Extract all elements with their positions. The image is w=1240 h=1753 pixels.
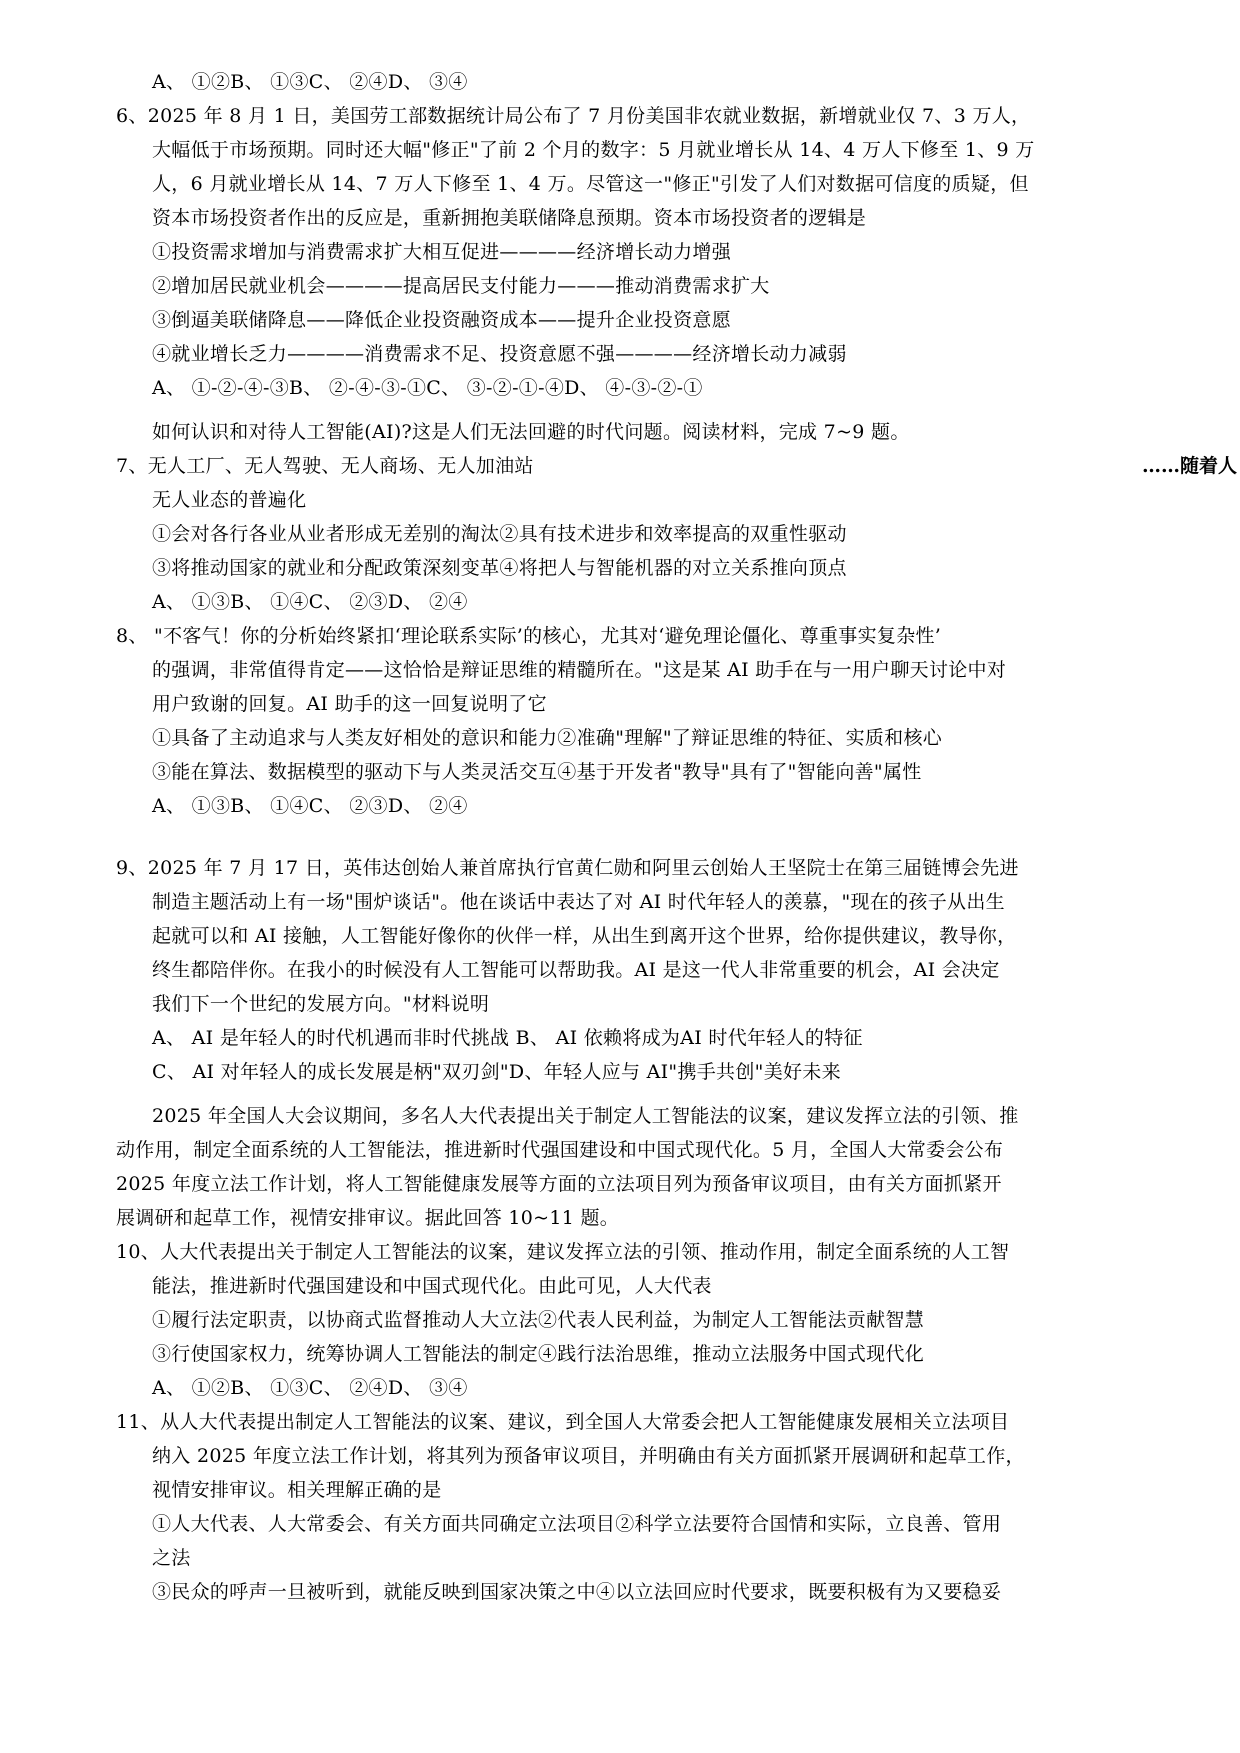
q9-options-c-d: C、 AI 对年轻人的成长发展是柄"双刃剑"D、年轻人应与 AI"携手共创"美好… bbox=[152, 1060, 841, 1084]
q7-stem-line-1: 7、无人工厂、无人驾驶、无人商场、无人加油站 bbox=[116, 454, 534, 478]
intro-q10-11-line-2: 动作用，制定全面系统的人工智能法，推进新时代强国建设和中国式现代化。5 月，全国… bbox=[116, 1138, 1003, 1162]
q10-options: A、 ①②B、 ①③C、 ②④D、 ③④ bbox=[152, 1376, 468, 1400]
q9-options-a-b: A、 AI 是年轻人的时代机遇而非时代挑战 B、 AI 依赖将成为AI 时代年轻… bbox=[152, 1026, 863, 1050]
q10-stem-line-2: 能法，推进新时代强国建设和中国式现代化。由此可见，人大代表 bbox=[152, 1274, 712, 1298]
q8-statements-1-2: ①具备了主动追求与人类友好相处的意识和能力②准确"理解"了辩证思维的特征、实质和… bbox=[152, 726, 942, 750]
q6-options: A、 ①-②-④-③B、 ②-④-③-①C、 ③-②-①-④D、 ④-③-②-① bbox=[152, 376, 703, 400]
q6-stem-line-4: 资本市场投资者作出的反应是，重新拥抱美联储降息预期。资本市场投资者的逻辑是 bbox=[152, 206, 866, 230]
q11-statements-3-4: ③民众的呼声一旦被听到，就能反映到国家决策之中④以立法回应时代要求，既要积极有为… bbox=[152, 1580, 1001, 1604]
q7-stem-line-2: 无人业态的普遍化 bbox=[152, 488, 306, 512]
intro-q10-11-line-3: 2025 年度立法工作计划，将人工智能健康发展等方面的立法项目列为预备审议项目，… bbox=[116, 1172, 1002, 1196]
q9-stem-line-2: 制造主题活动上有一场"围炉谈话"。他在谈话中表达了对 AI 时代年轻人的羡慕，"… bbox=[152, 890, 1005, 914]
q7-statements-3-4: ③将推动国家的就业和分配政策深刻变革④将把人与智能机器的对立关系推向顶点 bbox=[152, 556, 847, 580]
q10-statements-3-4: ③行使国家权力，统筹协调人工智能法的制定④践行法治思维，推动立法服务中国式现代化 bbox=[152, 1342, 924, 1366]
q6-statement-3: ③倒逼美联储降息——降低企业投资融资成本——提升企业投资意愿 bbox=[152, 308, 731, 332]
q9-stem-line-4: 终生都陪伴你。在我小的时候没有人工智能可以帮助我。AI 是这一代人非常重要的机会… bbox=[152, 958, 1000, 982]
intro-q7-9: 如何认识和对待人工智能(AI)?这是人们无法回避的时代问题。阅读材料，完成 7~… bbox=[152, 420, 910, 444]
q10-statements-1-2: ①履行法定职责，以协商式监督推动人大立法②代表人民利益，为制定人工智能法贡献智慧 bbox=[152, 1308, 924, 1332]
intro-q10-11-line-4: 展调研和起草工作，视情安排审议。据此回答 10~11 题。 bbox=[116, 1206, 619, 1230]
q11-stem-line-3: 视情安排审议。相关理解正确的是 bbox=[152, 1478, 442, 1502]
q5-options: A、 ①②B、 ①③C、 ②④D、 ③④ bbox=[152, 70, 468, 94]
q8-stem-line-1: 8、 "不客气！你的分析始终紧扣‘理论联系实际’的核心，尤其对‘避免理论僵化、尊… bbox=[116, 624, 941, 648]
q6-statement-4: ④就业增长乏力————消费需求不足、投资意愿不强————经济增长动力减弱 bbox=[152, 342, 847, 366]
q6-stem-line-3: 人，6 月就业增长从 14、7 万人下修至 1、4 万。尽管这一"修正"引发了人… bbox=[152, 172, 1029, 196]
q7-options: A、 ①③B、 ①④C、 ②③D、 ②④ bbox=[152, 590, 468, 614]
q8-stem-line-3: 用户致谢的回复。AI 助手的这一回复说明了它 bbox=[152, 692, 547, 716]
q11-statements-1-2: ①人大代表、人大常委会、有关方面共同确定立法项目②科学立法要符合国情和实际，立良… bbox=[152, 1512, 1001, 1536]
q7-overflow-fragment: ……随着人 bbox=[1142, 454, 1237, 478]
q11-stem-line-1: 11、从人大代表提出制定人工智能法的议案、建议，到全国人大常委会把人工智能健康发… bbox=[116, 1410, 1009, 1434]
intro-q10-11-line-1: 2025 年全国人大会议期间，多名人大代表提出关于制定人工智能法的议案，建议发挥… bbox=[152, 1104, 1019, 1128]
q7-statements-1-2: ①会对各行各业从业者形成无差别的淘汰②具有技术进步和效率提高的双重性驱动 bbox=[152, 522, 847, 546]
q8-statements-3-4: ③能在算法、数据模型的驱动下与人类灵活交互④基于开发者"教导"具有了"智能向善"… bbox=[152, 760, 922, 784]
q6-statement-2: ②增加居民就业机会————提高居民支付能力———推动消费需求扩大 bbox=[152, 274, 770, 298]
q8-options: A、 ①③B、 ①④C、 ②③D、 ②④ bbox=[152, 794, 468, 818]
q11-statements-1-2-cont: 之法 bbox=[152, 1546, 191, 1570]
q6-statement-1: ①投资需求增加与消费需求扩大相互促进————经济增长动力增强 bbox=[152, 240, 731, 264]
q6-stem-line-2: 大幅低于市场预期。同时还大幅"修正"了前 2 个月的数字：5 月就业增长从 14… bbox=[152, 138, 1035, 162]
q11-stem-line-2: 纳入 2025 年度立法工作计划，将其列为预备审议项目，并明确由有关方面抓紧开展… bbox=[152, 1444, 1025, 1468]
q6-stem-line-1: 6、2025 年 8 月 1 日，美国劳工部数据统计局公布了 7 月份美国非农就… bbox=[116, 104, 1030, 128]
q9-stem-line-3: 起就可以和 AI 接触，人工智能好像你的伙伴一样，从出生到离开这个世界，给你提供… bbox=[152, 924, 1016, 948]
q9-stem-line-1: 9、2025 年 7 月 17 日，英伟达创始人兼首席执行官黄仁勋和阿里云创始人… bbox=[116, 856, 1019, 880]
q9-stem-line-5: 我们下一个世纪的发展方向。"材料说明 bbox=[152, 992, 489, 1016]
q8-stem-line-2: 的强调，非常值得肯定——这恰恰是辩证思维的精髓所在。"这是某 AI 助手在与一用… bbox=[152, 658, 1006, 682]
q10-stem-line-1: 10、人大代表提出关于制定人工智能法的议案，建议发挥立法的引领、推动作用，制定全… bbox=[116, 1240, 1009, 1264]
